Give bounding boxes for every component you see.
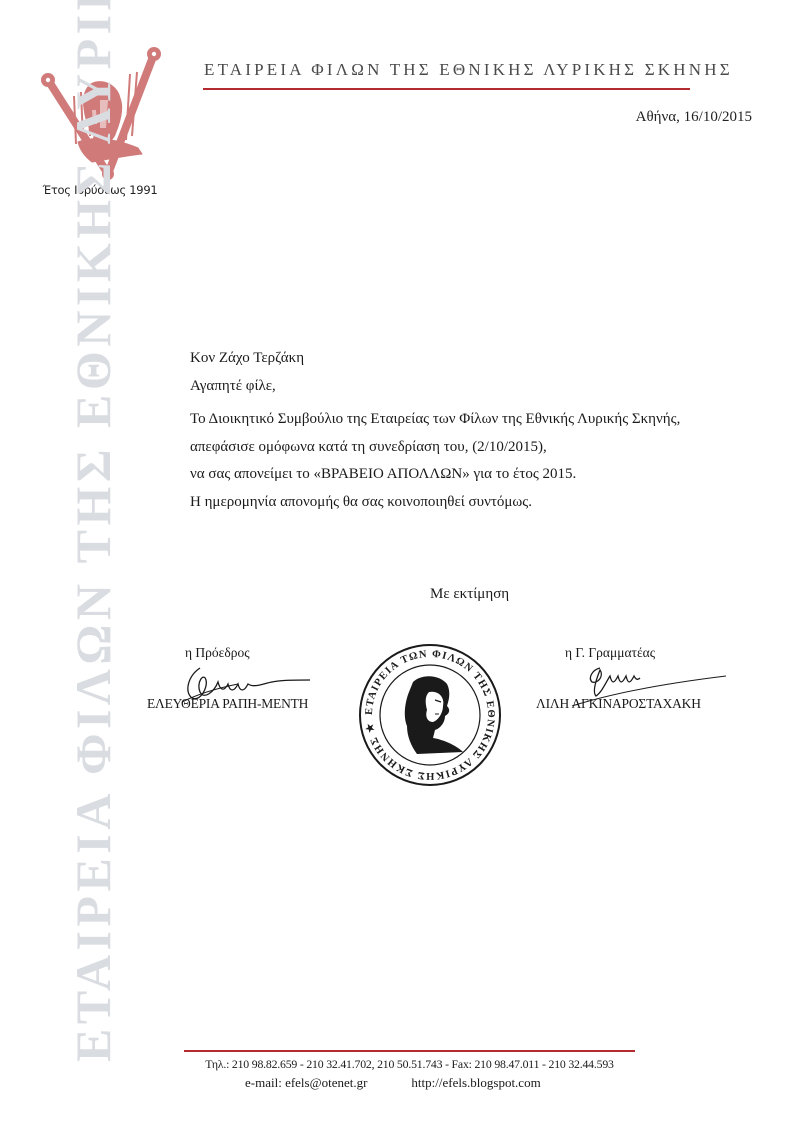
letter-date: Αθήνα, 16/10/2015 xyxy=(636,109,752,126)
body-line: Το Διοικητικό Συμβούλιο της Εταιρείας τω… xyxy=(190,406,770,434)
secretary-name: ΛΙΛΗ ΑΓΚΙΝΑΡΟΣΤΑΧΑΚΗ xyxy=(536,696,701,712)
footer-email[interactable]: e-mail: efels@otenet.gr xyxy=(245,1075,367,1090)
body-line: Η ημερομηνία απονομής θα σας κοινοποιηθε… xyxy=(190,489,770,517)
body-line: να σας απονείμει το «ΒΡΑΒΕΙΟ ΑΠΟΛΛΩΝ» γι… xyxy=(190,461,770,489)
organization-seal: ΕΤΑΙΡΕΙΑ ΤΩΝ ΦΙΛΩΝ ΤΗΣ ΕΘΝΙΚΗΣ ΛΥΡΙΚΗΣ Σ… xyxy=(355,640,505,790)
salutation: Αγαπητέ φίλε, xyxy=(190,373,770,401)
footer-website[interactable]: http://efels.blogspot.com xyxy=(411,1075,540,1090)
organization-title: ΕΤΑΙΡΕΙΑ ΦΙΛΩΝ ΤΗΣ ΕΘΝΙΚΗΣ ΛΥΡΙΚΗΣ ΣΚΗΝΗ… xyxy=(204,60,694,80)
footer-phones: Τηλ.: 210 98.82.659 - 210 32.41.702, 210… xyxy=(184,1057,635,1072)
footer-divider xyxy=(184,1050,635,1052)
body-line: απεφάσισε ομόφωνα κατά τη συνεδρίαση του… xyxy=(190,434,770,462)
apollo-head-seal-icon: ΕΤΑΙΡΕΙΑ ΤΩΝ ΦΙΛΩΝ ΤΗΣ ΕΘΝΙΚΗΣ ΛΥΡΙΚΗΣ Σ… xyxy=(355,640,505,790)
vertical-watermark: ΕΤΑΙΡΕΙΑ ΦΙΛΩΝ ΤΗΣ ΕΘΝΙΚΗΣ ΛΥΡΙΚΗΣ ΣΚΗΝΗ… xyxy=(68,0,118,1062)
president-role: η Πρόεδρος xyxy=(185,645,250,661)
recipient: Κον Ζάχο Τερζάκη xyxy=(190,345,770,373)
header-divider xyxy=(203,88,690,90)
secretary-role: η Γ. Γραμματέας xyxy=(565,645,655,661)
letter-body: Κον Ζάχο Τερζάκη Αγαπητέ φίλε, Το Διοικη… xyxy=(190,345,770,516)
footer-contacts: e-mail: efels@otenet.grhttp://efels.blog… xyxy=(245,1075,541,1091)
president-name: ΕΛΕΥΘΕΡΙΑ ΡΑΠΗ-ΜΕΝΤΗ xyxy=(147,696,308,712)
closing: Με εκτίμηση xyxy=(430,586,509,603)
